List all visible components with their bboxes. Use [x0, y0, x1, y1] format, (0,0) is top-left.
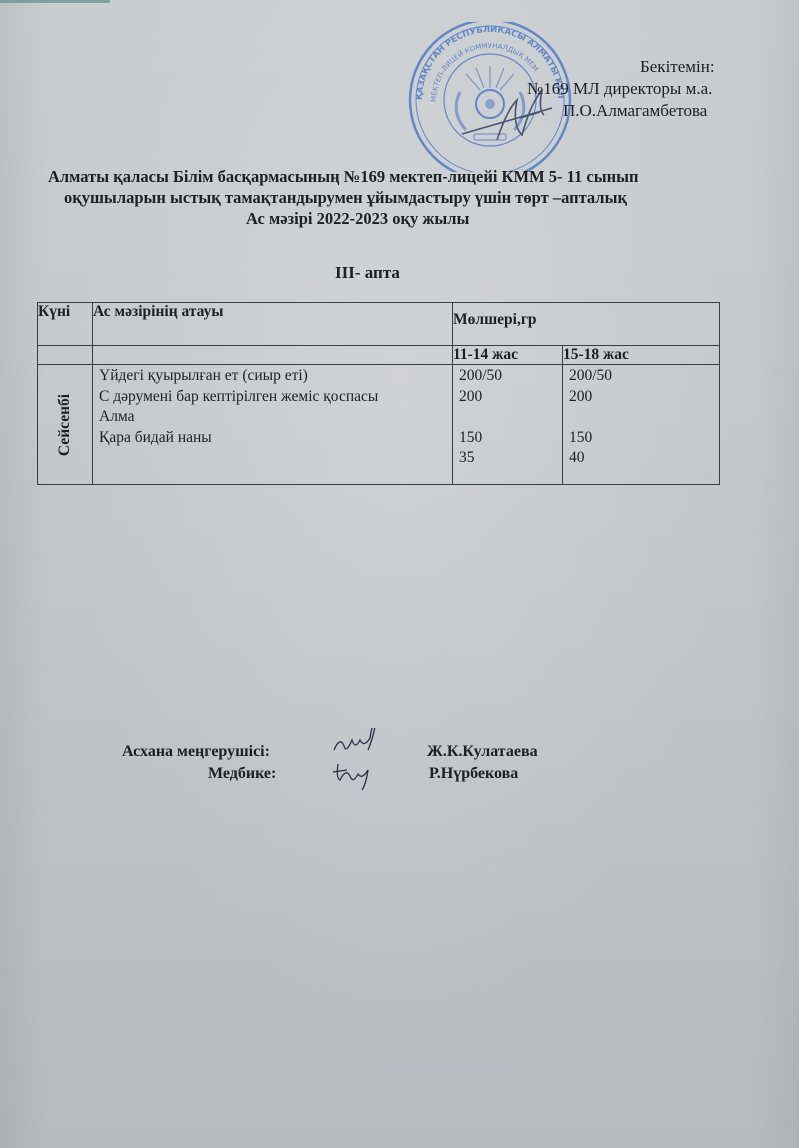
handwritten-signature-icon	[330, 728, 390, 762]
approval-role: №169 МЛ директоры м.а.	[527, 78, 712, 99]
day-label: Сейсенбі	[56, 393, 74, 455]
header-day: Күні	[38, 303, 93, 346]
header-age-11-14: 11-14 жас	[453, 346, 563, 365]
header-quantity-label: Мөлшері,гр	[453, 303, 719, 329]
qty-value: 200/50	[569, 366, 719, 387]
qty-11-14-cell: 200/50 200 150 35	[453, 365, 563, 485]
qty-value: 35	[459, 448, 562, 469]
signature-name-nurse: Р.Нүрбекова	[429, 765, 518, 783]
subheader-empty-dish	[93, 346, 453, 365]
qty-15-18-cell: 200/50 200 150 40	[563, 365, 720, 485]
dish-item: Алма	[99, 407, 452, 428]
photo-edge-strip	[0, 0, 110, 3]
dish-item: Үйдегі қуырылған ет (сиыр еті)	[99, 366, 452, 387]
signature-name-canteen-manager: Ж.К.Кулатаева	[427, 743, 538, 761]
document-title-line-1: Алматы қаласы Білім басқармасының №169 м…	[48, 166, 638, 187]
handwritten-signature-icon	[330, 758, 390, 792]
table-row: Сейсенбі Үйдегі қуырылған ет (сиыр еті) …	[38, 365, 720, 485]
qty-value	[569, 407, 719, 428]
signature-role-canteen-manager: Асхана меңгерушісі:	[122, 743, 270, 761]
qty-value: 150	[569, 428, 719, 449]
dishes-cell: Үйдегі қуырылған ет (сиыр еті) С дәрумен…	[93, 365, 453, 485]
document-title-line-3: Ас мәзірі 2022-2023 оқу жылы	[246, 208, 469, 229]
approval-signer-name: П.О.Алмагамбетова	[563, 100, 707, 121]
header-dish-name: Ас мәзірінің атауы	[93, 303, 453, 346]
header-quantity: Мөлшері,гр	[453, 303, 720, 346]
table-subheader-row: 11-14 жас 15-18 жас	[38, 346, 720, 365]
day-cell: Сейсенбі	[38, 365, 93, 485]
dish-item: Қара бидай наны	[99, 428, 452, 449]
signature-role-nurse: Медбике:	[208, 765, 276, 783]
week-label: ІІІ- апта	[335, 263, 400, 283]
document-title-line-2: оқушыларын ыстық тамақтандырумен ұйымдас…	[64, 187, 627, 208]
menu-table: Күні Ас мәзірінің атауы Мөлшері,гр 11-14…	[37, 302, 720, 485]
qty-value: 150	[459, 428, 562, 449]
qty-value: 200/50	[459, 366, 562, 387]
subheader-empty-day	[38, 346, 93, 365]
qty-value: 200	[569, 387, 719, 408]
approval-heading: Бекітемін:	[640, 56, 715, 77]
dish-item: С дәрумені бар кептірілген жеміс қоспасы	[99, 387, 452, 408]
qty-value: 200	[459, 387, 562, 408]
table-header-row: Күні Ас мәзірінің атауы Мөлшері,гр	[38, 303, 720, 346]
header-age-15-18: 15-18 жас	[563, 346, 720, 365]
qty-value: 40	[569, 448, 719, 469]
qty-value	[459, 407, 562, 428]
